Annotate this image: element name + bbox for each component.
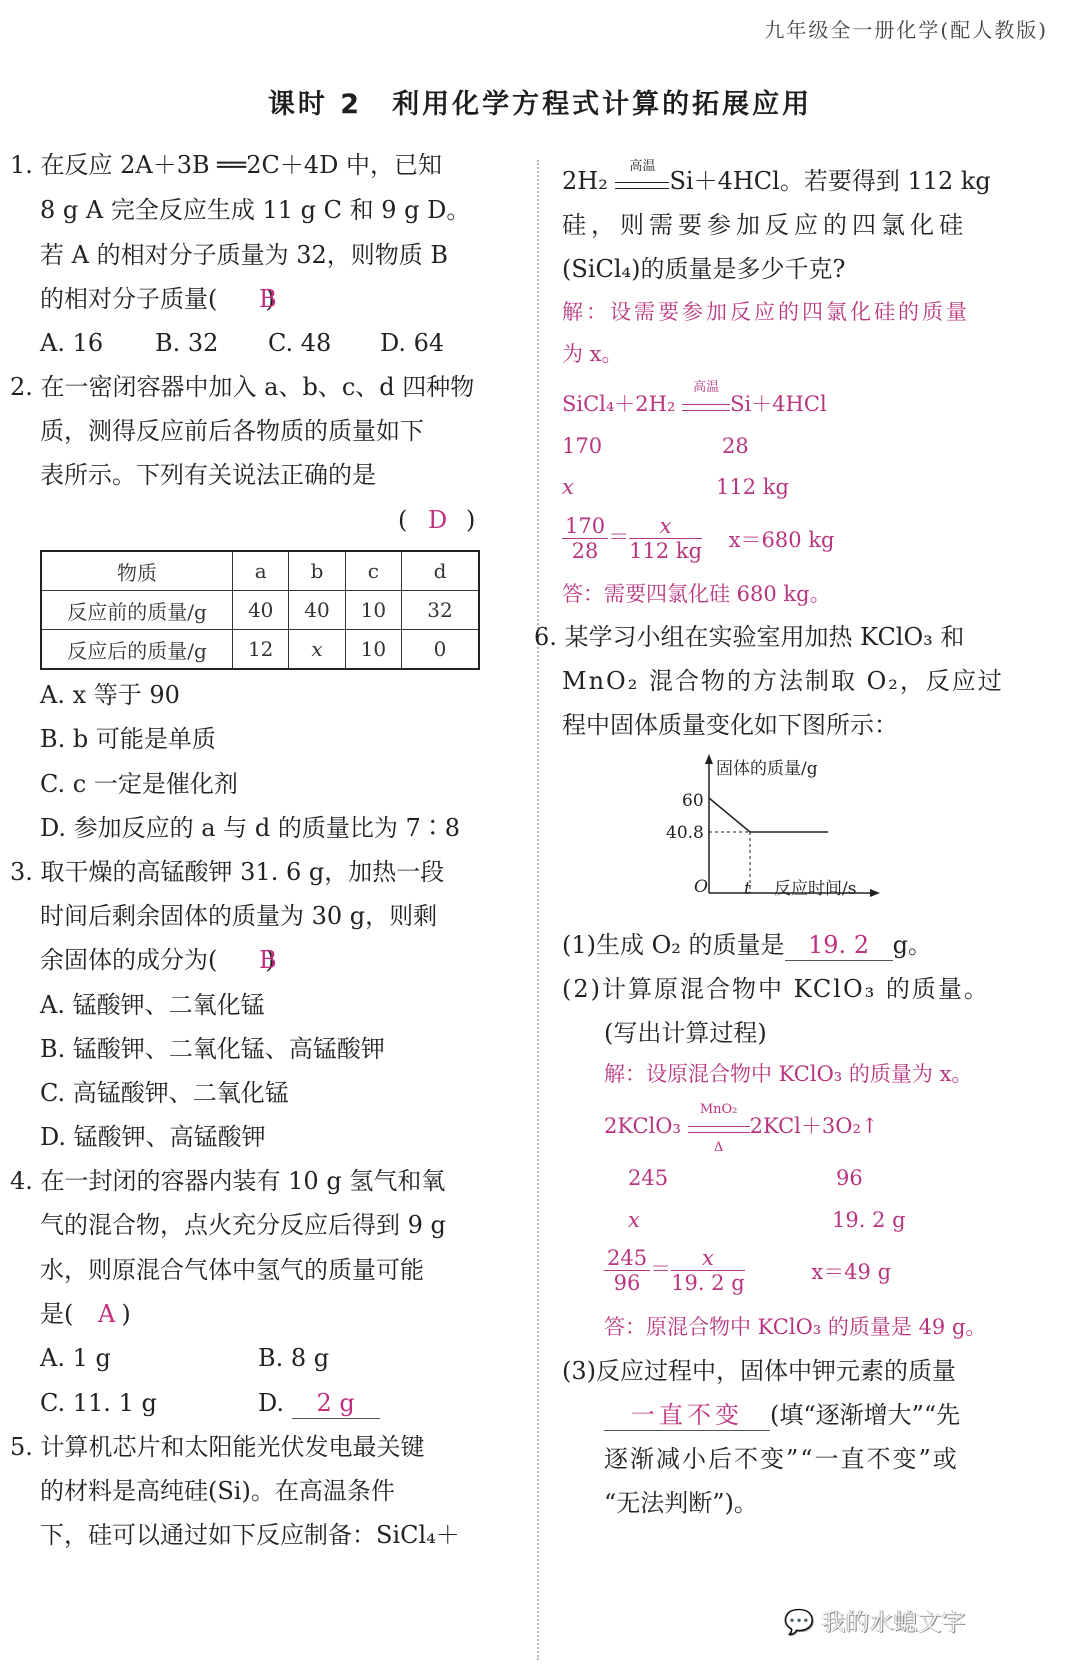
solution-ratio: x bbox=[628, 1206, 640, 1234]
q4-option-d: D. 2 g bbox=[258, 1388, 380, 1419]
table-cell: 12 bbox=[233, 630, 289, 670]
table-cell: 10 bbox=[345, 630, 401, 670]
q2-line: 质，测得反应前后各物质的质量如下 bbox=[40, 416, 424, 446]
q2-answer: D bbox=[428, 505, 447, 535]
solution-line: 为 x。 bbox=[562, 340, 623, 368]
q1-option-c: C. 48 bbox=[268, 328, 331, 358]
column-divider bbox=[537, 160, 539, 1660]
solution-fraction: 24596＝x19. 2 g x＝49 g bbox=[604, 1246, 891, 1295]
q1-option-a: A. 16 bbox=[40, 328, 103, 358]
chart-y-tick: 40.8 bbox=[666, 818, 704, 848]
q4-option-d-fill: 2 g bbox=[292, 1388, 380, 1419]
y-axis-arrow-icon bbox=[705, 754, 713, 764]
x-axis-arrow-icon bbox=[870, 889, 880, 897]
q2-option-d: D. 参加反应的 a 与 d 的质量比为 7∶8 bbox=[40, 813, 460, 843]
table-header: b bbox=[289, 551, 345, 591]
table-header: a bbox=[233, 551, 289, 591]
solution-ratio: 96 bbox=[836, 1164, 863, 1192]
q1-line: 8 g A 完全反应生成 11 g C 和 9 g D。 bbox=[40, 195, 470, 225]
solution-answer: 答：原混合物中 KClO₃ 的质量是 49 g。 bbox=[604, 1313, 986, 1341]
q5-line: 5. 计算机芯片和太阳能光伏发电最关键 bbox=[10, 1432, 425, 1462]
q3-option-b: B. 锰酸钾、二氧化锰、高锰酸钾 bbox=[40, 1034, 385, 1064]
table-row: 反应后的质量/g 12 x 10 0 bbox=[41, 630, 479, 670]
q1-line: 若 A 的相对分子质量为 32，则物质 B bbox=[40, 240, 448, 270]
q5-line: 的材料是高纯硅(Si)。在高温条件 bbox=[40, 1476, 395, 1506]
q3-line: 余固体的成分为( ) bbox=[40, 945, 275, 975]
solution-ratio: 112 kg bbox=[716, 473, 789, 501]
solution-ratio: 245 bbox=[628, 1164, 668, 1192]
solution-ratio: x bbox=[562, 473, 574, 501]
chart-x-tick: t bbox=[744, 874, 751, 904]
q2-bracket-close: ) bbox=[466, 505, 475, 535]
q1-answer: B bbox=[259, 284, 277, 314]
q3-line: 3. 取干燥的高锰酸钾 31. 6 g，加热一段 bbox=[10, 857, 444, 887]
watermark: 💬 我的水螅文字 bbox=[784, 1602, 966, 1637]
q6-sub2: (2)计算原混合物中 KClO₃ 的质量。 bbox=[562, 974, 990, 1004]
q3-option-d: D. 锰酸钾、高锰酸钾 bbox=[40, 1122, 266, 1152]
q4-option-c: C. 11. 1 g bbox=[40, 1388, 157, 1418]
solution-answer: 答：需要四氯化硅 680 kg。 bbox=[562, 580, 831, 608]
solution-equation: 2KClO₃ MnO₂Δ2KCl＋3O₂↑ bbox=[604, 1112, 878, 1140]
table-cell: 0 bbox=[402, 630, 480, 670]
q6-sub2: (写出计算过程) bbox=[604, 1018, 767, 1048]
reaction-arrow: 高温 bbox=[615, 170, 669, 189]
q4-line: 水，则原混合气体中氢气的质量可能 bbox=[40, 1255, 424, 1285]
series-decline bbox=[709, 798, 750, 832]
q2-line: 表所示。下列有关说法正确的是 bbox=[40, 460, 376, 490]
page-title: 课时 2 利用化学方程式计算的拓展应用 bbox=[0, 82, 1080, 121]
q3-line: 时间后剩余固体的质量为 30 g，则剩 bbox=[40, 901, 437, 931]
book-header: 九年级全一册化学(配人教版) bbox=[764, 14, 1048, 43]
table-cell: 40 bbox=[233, 591, 289, 630]
mass-table: 物质 a b c d 反应前的质量/g 40 40 10 32 反应后的质量/g… bbox=[40, 550, 480, 670]
q5-line: 下，硅可以通过如下反应制备：SiCl₄＋ bbox=[40, 1520, 460, 1550]
q6-sub3: 一直不变(填“逐渐增大”“先 bbox=[604, 1400, 960, 1431]
q3-option-a: A. 锰酸钾、二氧化锰 bbox=[40, 990, 265, 1020]
q5-line: (SiCl₄)的质量是多少千克? bbox=[562, 254, 845, 284]
table-row: 反应前的质量/g 40 40 10 32 bbox=[41, 591, 479, 630]
table-cell: 反应前的质量/g bbox=[41, 591, 233, 630]
q6-sub3: 逐渐减小后不变”“一直不变”或 bbox=[604, 1444, 959, 1474]
q2-line: 2. 在一密闭容器中加入 a、b、c、d 四种物 bbox=[10, 372, 474, 402]
table-cell: 40 bbox=[289, 591, 345, 630]
table-cell: x bbox=[289, 630, 345, 670]
solution-line: 解：设需要参加反应的四氯化硅的质量 bbox=[562, 298, 970, 326]
q4-line: 是( ) bbox=[40, 1299, 131, 1329]
q1-option-b: B. 32 bbox=[155, 328, 218, 358]
chart-origin: O bbox=[694, 872, 708, 902]
q5-line: 硅，则需要参加反应的四氯化硅 bbox=[562, 210, 968, 240]
q6-sub1: (1)生成 O₂ 的质量是19. 2g。 bbox=[562, 930, 932, 961]
table-header: d bbox=[402, 551, 480, 591]
solution-line: 解：设原混合物中 KClO₃ 的质量为 x。 bbox=[604, 1060, 972, 1088]
q6-sub3: “无法判断”)。 bbox=[604, 1488, 758, 1518]
q3-answer: B bbox=[259, 945, 277, 975]
q4-line: 气的混合物，点火充分反应后得到 9 g bbox=[40, 1210, 446, 1240]
q2-bracket-open: ( bbox=[398, 505, 407, 535]
q2-option-b: B. b 可能是单质 bbox=[40, 724, 216, 754]
chart-y-label: 固体的质量/g bbox=[716, 754, 818, 784]
solution-equation: SiCl₄＋2H₂ 高温Si＋4HCl bbox=[562, 390, 827, 418]
wechat-icon: 💬 bbox=[784, 1608, 814, 1636]
q6-line: MnO₂ 混合物的方法制取 O₂，反应过 bbox=[562, 666, 1004, 696]
solution-ratio: 19. 2 g bbox=[832, 1206, 906, 1234]
q4-option-b: B. 8 g bbox=[258, 1343, 329, 1373]
q2-option-c: C. c 一定是催化剂 bbox=[40, 769, 238, 799]
solution-ratio: 28 bbox=[722, 432, 749, 460]
chart-y-tick: 60 bbox=[682, 786, 704, 816]
table-cell: 反应后的质量/g bbox=[41, 630, 233, 670]
q4-option-a: A. 1 g bbox=[40, 1343, 111, 1373]
q1-option-d: D. 64 bbox=[380, 328, 444, 358]
solution-fraction: 17028＝x112 kg x＝680 kg bbox=[562, 514, 835, 563]
chart-x-label: 反应时间/s bbox=[774, 874, 856, 904]
table-header-row: 物质 a b c d bbox=[41, 551, 479, 591]
q4-line: 4. 在一封闭的容器内装有 10 g 氢气和氧 bbox=[10, 1166, 445, 1196]
q6-sub3-fill: 一直不变 bbox=[604, 1400, 770, 1431]
q5-equation-line: 2H₂ 高温Si＋4HCl。若要得到 112 kg bbox=[562, 166, 991, 196]
q4-answer: A bbox=[98, 1299, 115, 1329]
q6-sub1-fill: 19. 2 bbox=[785, 930, 893, 961]
q2-option-a: A. x 等于 90 bbox=[40, 680, 180, 710]
table-header: c bbox=[345, 551, 401, 591]
q1-line: 1. 在反应 2A＋3B ══2C＋4D 中，已知 bbox=[10, 150, 442, 180]
q3-option-c: C. 高锰酸钾、二氧化锰 bbox=[40, 1078, 289, 1108]
q1-line: 的相对分子质量( ) bbox=[40, 284, 275, 314]
q6-line: 6. 某学习小组在实验室用加热 KClO₃ 和 bbox=[534, 622, 964, 652]
q6-sub3: (3)反应过程中，固体中钾元素的质量 bbox=[562, 1356, 956, 1386]
q6-line: 程中固体质量变化如下图所示： bbox=[562, 710, 898, 740]
table-cell: 32 bbox=[402, 591, 480, 630]
solution-ratio: 170 bbox=[562, 432, 602, 460]
table-header: 物质 bbox=[41, 551, 233, 591]
table-cell: 10 bbox=[345, 591, 401, 630]
